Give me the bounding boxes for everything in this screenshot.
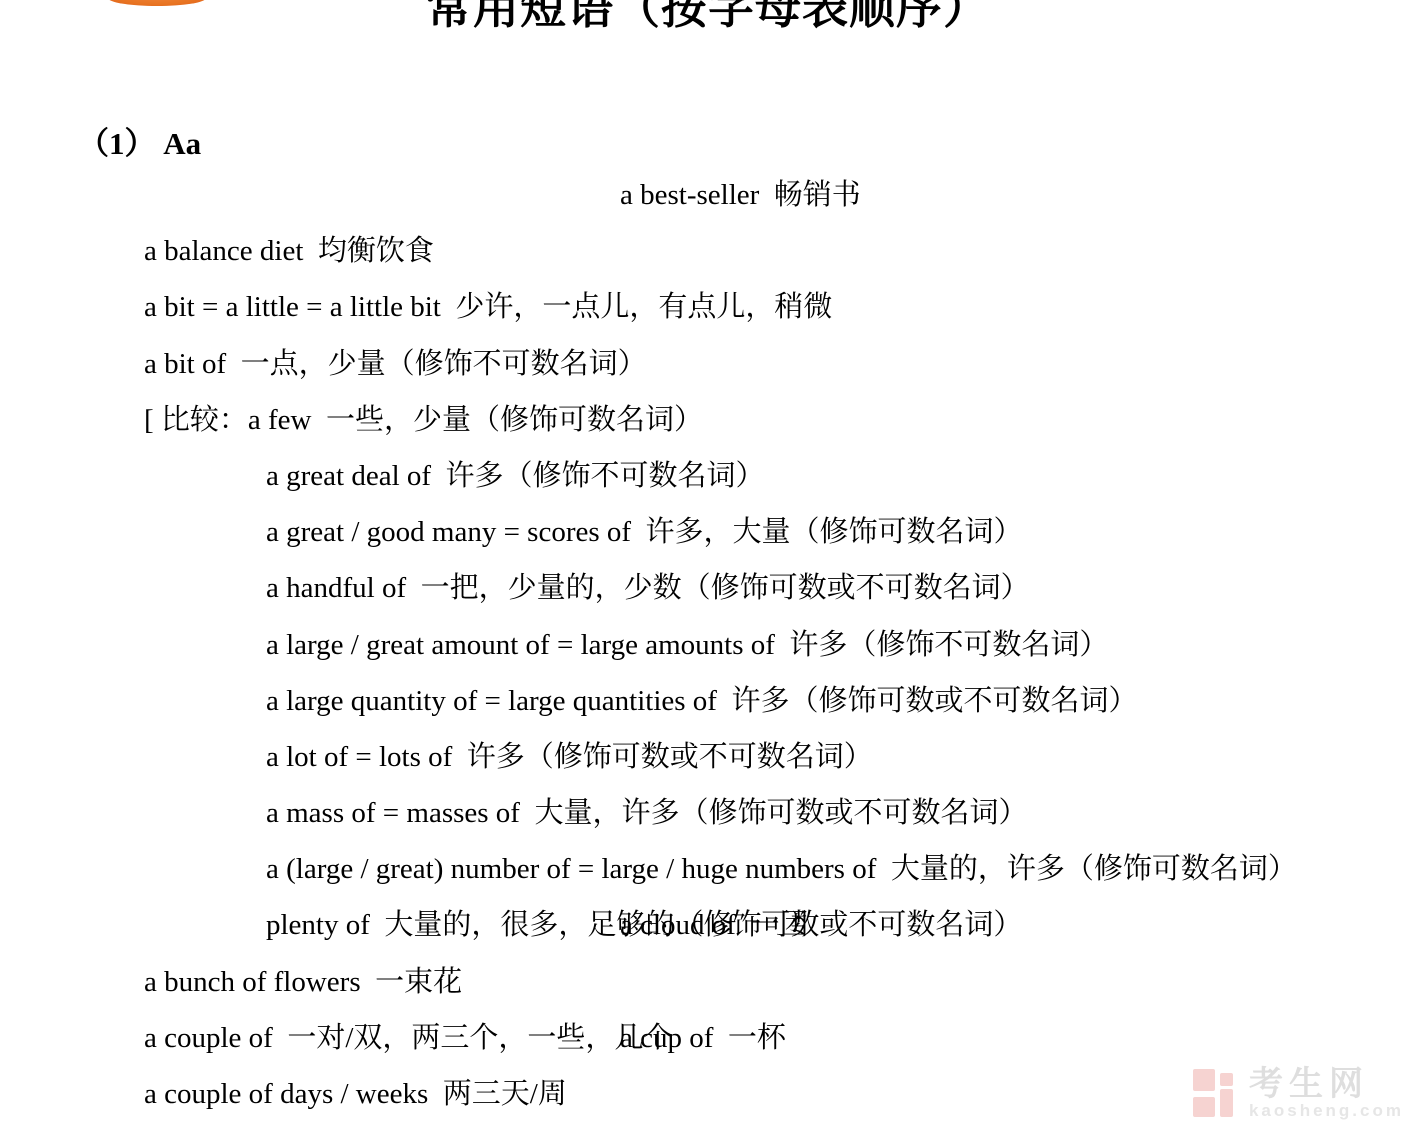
phrase-row: a large quantity of = large quantities o… — [0, 617, 1416, 673]
phrase-row: a handful of 一把，少量的，少数（修饰可数或不可数名词） — [0, 504, 1416, 560]
phrase-row: a lot of = lots of 许多（修饰可数或不可数名词） — [0, 673, 1416, 729]
phrase-row: a balance diet 均衡饮食 a best-seller 畅销书 — [0, 167, 1416, 223]
phrase-row: plenty of 大量的，很多，足够的（修饰可数或不可数名词） — [0, 841, 1416, 897]
phrase-text: a couple of days / weeks 两三天/周 — [144, 1078, 567, 1110]
phrase-row: a mass of = masses of 大量，许多（修饰可数或不可数名词） — [0, 729, 1416, 785]
watermark-name: 考生网 — [1249, 1067, 1404, 1101]
phrase-text-right: a cloud of 一团 — [620, 897, 808, 953]
phrase-row: a bit of 一点，少量（修饰不可数名词） — [0, 279, 1416, 335]
phrase-row: a (large / great) number of = large / hu… — [0, 785, 1416, 841]
phrase-row: a couple of 一对/双，两三个，一些，几个 — [0, 954, 1416, 1010]
phrase-text-right: a best-seller 畅销书 — [620, 167, 861, 223]
watermark: 考生网 kaosheng.com — [1193, 1067, 1404, 1124]
watermark-site: kaosheng.com — [1249, 1101, 1404, 1121]
phrase-row: a great deal of 许多（修饰不可数名词） — [0, 392, 1416, 448]
phrase-row: a bunch of flowers 一束花 a cloud of 一团 — [0, 897, 1416, 953]
phrase-row: a great / good many = scores of 许多，大量（修饰… — [0, 448, 1416, 504]
phrase-row: a large / great amount of = large amount… — [0, 560, 1416, 616]
phrase-list: a balance diet 均衡饮食 a best-seller 畅销书 a … — [0, 167, 1416, 1066]
phrase-text-right: a cup of 一杯 — [620, 1010, 786, 1066]
phrase-row: a bit = a little = a little bit 少许，一点儿，有… — [0, 223, 1416, 279]
page-title: 常用短语（按字母表顺序） — [0, 0, 1416, 30]
phrase-row: [ 比较：a few 一些，少量（修饰可数名词） — [0, 336, 1416, 392]
kaosheng-logo-icon — [1193, 1069, 1239, 1124]
phrase-row: a couple of days / weeks 两三天/周 a cup of … — [0, 1010, 1416, 1066]
section-heading: （1） Aa — [78, 118, 201, 163]
